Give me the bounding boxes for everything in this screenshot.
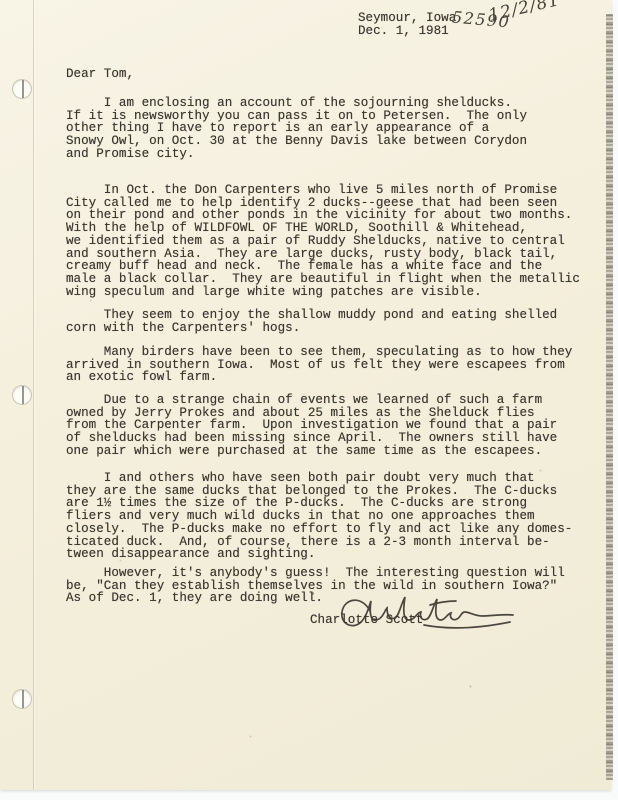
letter-line: one pair which were purchased at the sam…	[66, 445, 557, 458]
letter-paper: 12/2/81 Seymour, IowaDec. 1, 1981 52590 …	[0, 0, 611, 790]
letter-line: Due to a strange chain of events we lear…	[66, 394, 557, 407]
letter-heading: Seymour, IowaDec. 1, 1981	[358, 12, 456, 37]
paragraph: I and others who have seen both pair dou…	[66, 472, 572, 561]
letter-line: I am enclosing an account of the sojourn…	[66, 97, 527, 110]
letter-line: I and others who have seen both pair dou…	[66, 472, 572, 485]
letter-line: They seem to enjoy the shallow muddy pon…	[66, 309, 557, 322]
paper-specks	[0, 0, 1, 1]
scan-edge-texture	[606, 14, 613, 780]
letter-line: Snowy Owl, on Oct. 30 at the Benny Davis…	[66, 135, 527, 148]
letter-line: tween disappearance and sighting.	[66, 548, 572, 561]
letter-line: closely. The P-ducks make no effort to f…	[66, 523, 572, 536]
handwritten-zip-code: 52590	[451, 7, 511, 31]
scanned-letter-page: 12/2/81 Seymour, IowaDec. 1, 1981 52590 …	[0, 0, 618, 800]
letter-line: of shelducks had been missing since Apri…	[66, 432, 557, 445]
letter-line: However, it's anybody's guess! The inter…	[66, 567, 565, 580]
letter-line: Many birders have been to see them, spec…	[66, 346, 572, 359]
letter-line: male a black collar. They are beautiful …	[66, 273, 580, 286]
letter-line: In Oct. the Don Carpenters who live 5 mi…	[66, 184, 580, 197]
paragraph: In Oct. the Don Carpenters who live 5 mi…	[66, 184, 580, 298]
punch-hole-bottom	[12, 689, 32, 709]
letter-line: wing speculum and large white wing patch…	[66, 286, 580, 299]
salutation: Dear Tom,	[66, 68, 134, 81]
punch-hole-top	[12, 79, 32, 99]
punch-hole-middle	[12, 385, 32, 405]
letter-line: fliers and very much wild ducks in that …	[66, 510, 572, 523]
handwritten-signature	[326, 589, 518, 635]
letter-line: we identified them as a pair of Ruddy Sh…	[66, 235, 580, 248]
heading-date: Dec. 1, 1981	[358, 24, 449, 38]
paragraph: I am enclosing an account of the sojourn…	[66, 97, 527, 161]
letter-line: an exotic fowl farm.	[66, 371, 572, 384]
letter-line: and Promise city.	[66, 148, 527, 161]
typed-signature-name: Charlotte Scott	[310, 614, 423, 627]
letter-line: With the help of WILDFOWL OF THE WORLD, …	[66, 222, 580, 235]
letter-line: corn with the Carpenters' hogs.	[66, 322, 557, 335]
paragraph: Many birders have been to see them, spec…	[66, 346, 572, 384]
paragraph: Due to a strange chain of events we lear…	[66, 394, 557, 458]
paper-crease-line	[33, 0, 34, 790]
paragraph: They seem to enjoy the shallow muddy pon…	[66, 309, 557, 334]
